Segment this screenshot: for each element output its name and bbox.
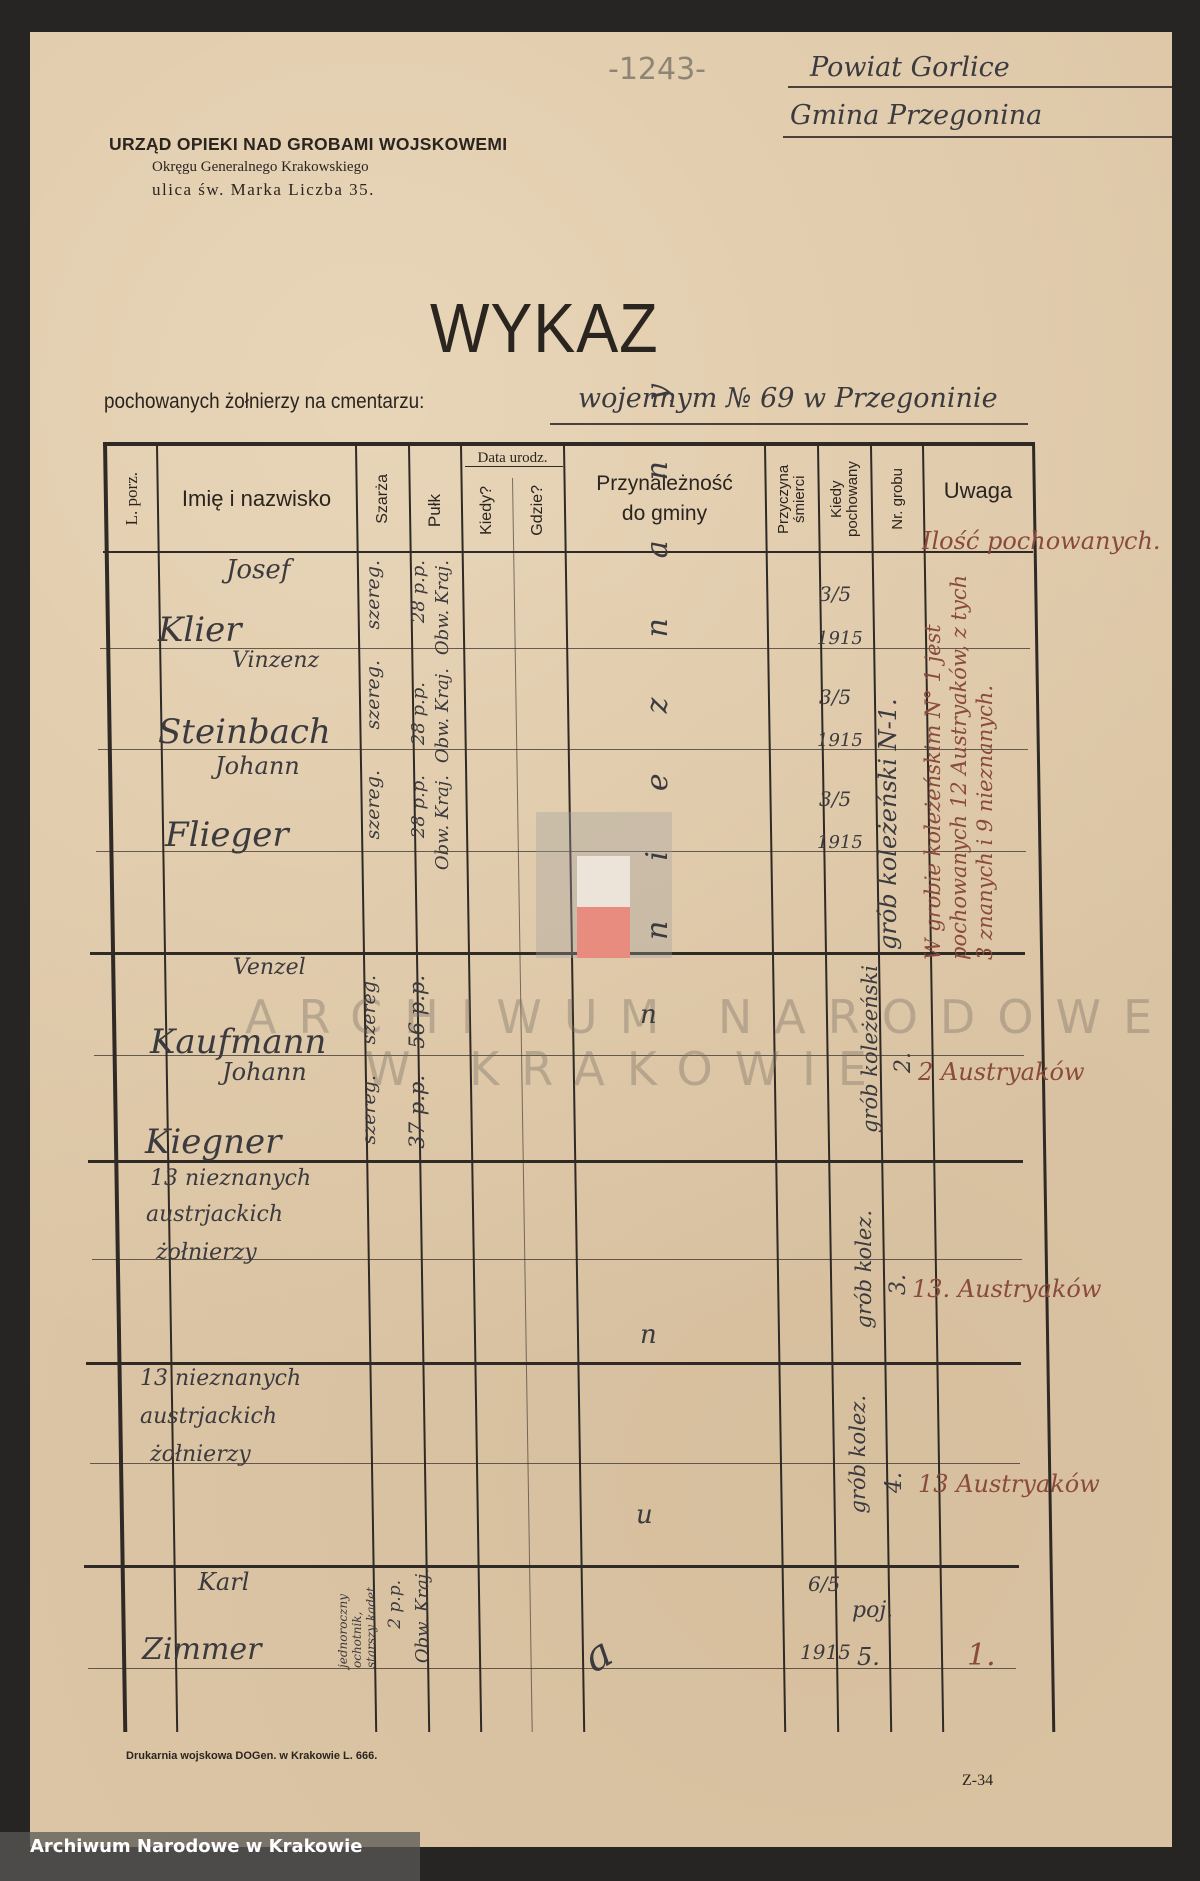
regiment-district: Obw. Kraj.: [432, 560, 453, 655]
header-lp: L. porz.: [107, 446, 156, 551]
grave-type: grób kolez.: [852, 1210, 876, 1329]
grave-type: poj.: [852, 1598, 893, 1623]
header-rank: Szarża: [357, 446, 408, 551]
grave-number: 3.: [886, 1274, 911, 1295]
grave-remarks: 13. Austryaków: [912, 1275, 1101, 1303]
header-remarks: Uwaga: [924, 446, 1032, 536]
regiment: 28 p.p.: [408, 682, 429, 745]
unknown-line-3: żołnierzy: [156, 1240, 257, 1265]
last-name: Klier: [158, 610, 242, 650]
cemetery-underline: [550, 423, 1028, 425]
grave-type: grób koleżeński: [858, 965, 882, 1133]
last-name: Zimmer: [142, 1632, 261, 1667]
header-name: Imię i nazwisko: [158, 446, 355, 551]
first-name: Venzel: [233, 955, 306, 980]
regiment: 28 p.p.: [408, 775, 429, 838]
gmina-underline: [783, 136, 1172, 138]
regiment: 28 p.p.: [408, 560, 429, 623]
unknown-line-2: austrjackich: [146, 1202, 283, 1227]
buried-date: 6/5: [808, 1572, 840, 1596]
rank: szereg.: [358, 1075, 380, 1145]
header-regiment: Pułk: [410, 470, 460, 551]
archive-watermark-line1: ARCHIWUM NARODOWE: [245, 990, 1174, 1044]
first-name: Johann: [215, 752, 300, 780]
grave-remarks: 2 Austryaków: [918, 1058, 1085, 1086]
commune-mark: nieznany: [640, 560, 675, 940]
flag-white-stripe: [577, 856, 630, 907]
archive-watermark-line2: W KRAKOWIE: [365, 1042, 889, 1096]
buried-date: 3/5: [819, 787, 851, 811]
regiment-district: Obw. Kraj.: [432, 668, 453, 763]
grave-remarks: W grobie koleżeńskim N° 1 jest pochowany…: [920, 570, 1050, 960]
first-name: Karl: [198, 1568, 249, 1596]
rank: szereg.: [362, 660, 384, 730]
last-name: Steinbach: [158, 712, 331, 752]
subtitle-printed: pochowanych żołnierzy na cmentarzu:: [104, 390, 424, 414]
gmina-label: Gmina Przegonina: [790, 100, 1042, 131]
commune-mark: n: [640, 1320, 657, 1350]
grave-number: 2.: [891, 1052, 916, 1073]
unknown-line-3: żołnierzy: [150, 1442, 251, 1467]
unknown-line-1: 13 nieznanych: [140, 1366, 301, 1391]
unknown-line-2: austrjackich: [140, 1404, 277, 1429]
grave-number: 5.: [857, 1643, 880, 1671]
first-name: Johann: [222, 1058, 307, 1086]
powiat-label: Powiat Gorlice: [810, 52, 1010, 83]
rank: szereg.: [358, 975, 380, 1045]
grave-number: grób koleżeński N-1.: [874, 570, 902, 950]
regiment-district: Obw. Kraj.: [412, 1568, 433, 1663]
buried-year: 1915: [817, 730, 863, 751]
first-name: Vinzenz: [232, 648, 319, 673]
form-code: Z-34: [962, 1772, 993, 1790]
buried-year: 1915: [817, 832, 863, 853]
powiat-underline: [788, 86, 1172, 88]
letterhead-address: ulica św. Marka Liczba 35.: [152, 180, 375, 200]
last-name: Kaufmann: [150, 1022, 326, 1062]
header-grave-no: Nr. grobu: [872, 446, 922, 551]
last-name: Kiegner: [145, 1122, 281, 1162]
unknown-line-1: 13 nieznanych: [150, 1166, 311, 1191]
rank: jednoroczny ochotnik, starszy kadet: [336, 1568, 386, 1668]
buried-year: 1915: [800, 1640, 851, 1664]
header-birth-date: Data urodz.: [462, 449, 563, 467]
last-name: Flieger: [165, 815, 289, 855]
first-name: Josef: [226, 555, 290, 585]
commune-mark: n: [640, 1000, 657, 1030]
grave-remarks: 13 Austryaków: [918, 1470, 1100, 1498]
buried-date: 3/5: [819, 685, 851, 709]
buried-date: 3/5: [819, 582, 851, 606]
commune-mark: u: [636, 1500, 653, 1530]
header-birth-where: Gdzie?: [513, 470, 563, 551]
grave-number: 4.: [882, 1472, 907, 1493]
regiment: 37 p.p.: [405, 1075, 429, 1149]
header-birth-when: Kiedy?: [462, 470, 512, 551]
letterhead-district: Okręgu Generalnego Krakowskiego: [152, 159, 369, 176]
regiment: 56 p.p.: [405, 975, 429, 1049]
flag-red-stripe: [577, 907, 630, 958]
source-label: Archiwum Narodowe w Krakowie: [30, 1836, 362, 1857]
buried-year: 1915: [817, 628, 863, 649]
rank: szereg.: [362, 560, 384, 630]
grave-remarks: 1.: [967, 1638, 996, 1673]
header-buried-when: Kiedy pochowany: [819, 446, 870, 551]
regiment-district: Obw. Kraj.: [432, 775, 453, 870]
remarks-header-note: Ilość pochowanych.: [922, 527, 1161, 555]
header-cause: Przyczyna śmierci: [766, 446, 817, 551]
regiment: 2 p.p.: [385, 1580, 405, 1629]
grave-type: grób kolez.: [846, 1395, 870, 1514]
archive-number: -1243-: [608, 52, 706, 87]
letterhead-office: URZĄD OPIEKI NAD GROBAMI WOJSKOWEMI: [109, 134, 507, 155]
printer-imprint: Drukarnia wojskowa DOGen. w Krakowie L. …: [126, 1750, 377, 1762]
rank: szereg.: [362, 770, 384, 840]
page-title: WYKAZ: [430, 288, 659, 368]
